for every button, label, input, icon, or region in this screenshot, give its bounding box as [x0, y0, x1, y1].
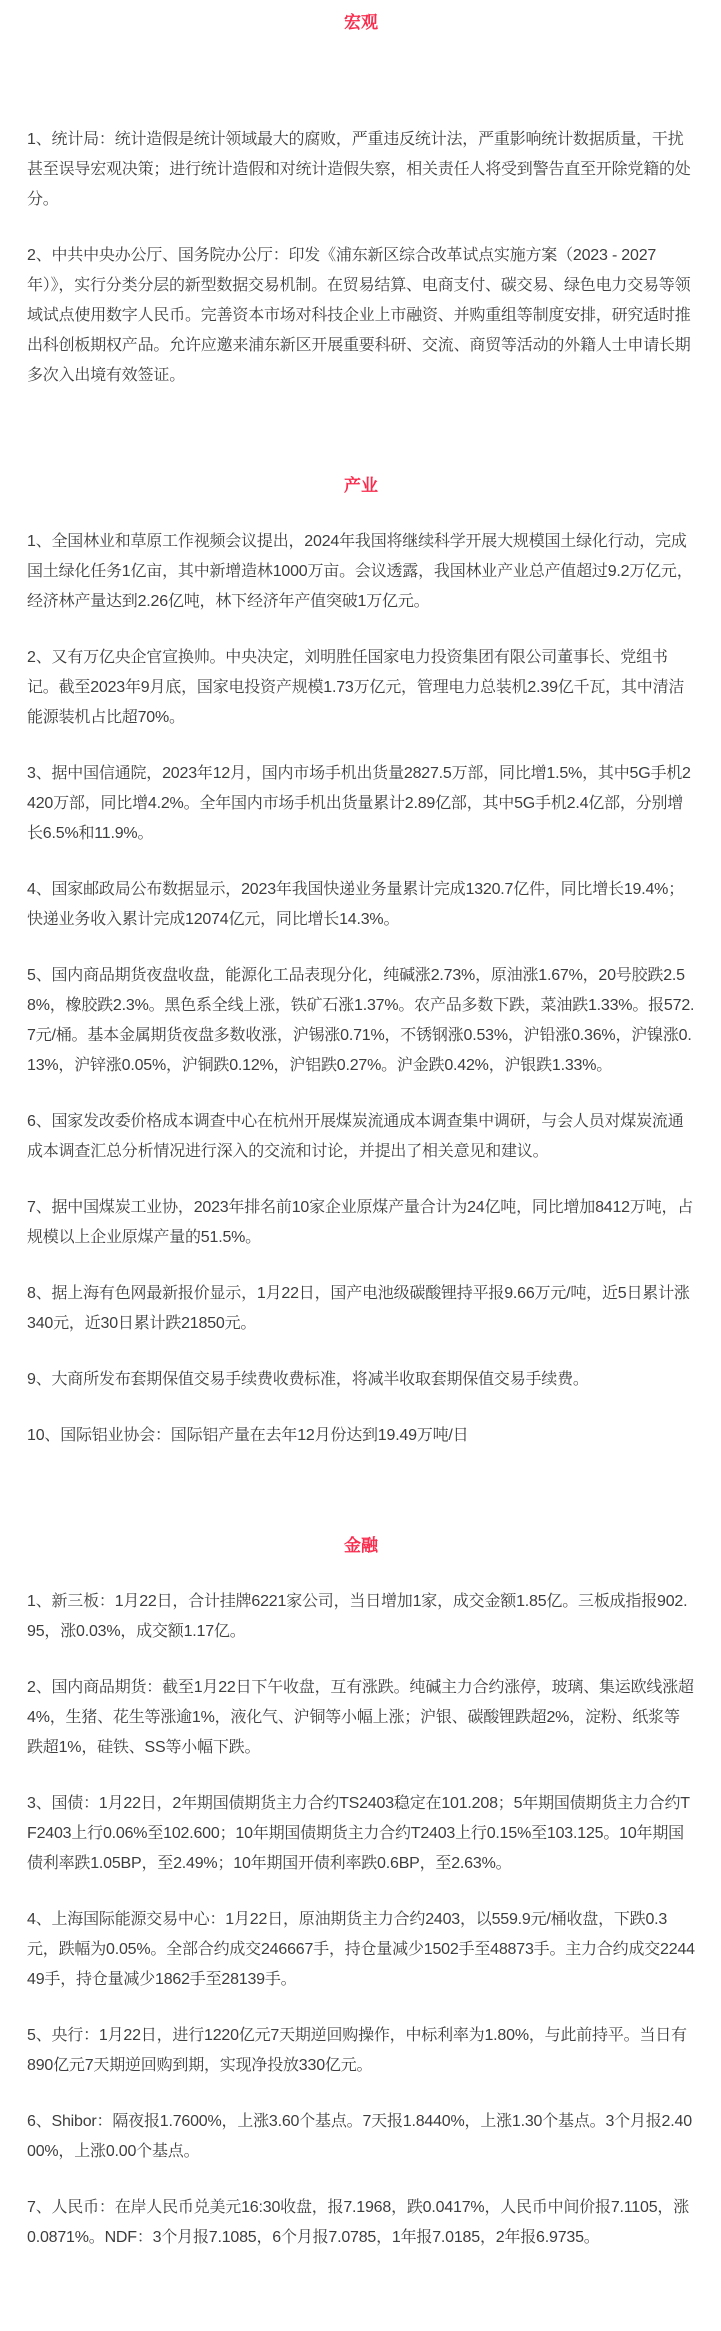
news-item: 6、国家发改委价格成本调查中心在杭州开展煤炭流通成本调查集中调研，与会人员对煤炭…	[27, 1107, 695, 1167]
news-item: 9、大商所发布套期保值交易手续费收费标准，将减半收取套期保值交易手续费。	[27, 1365, 695, 1395]
news-item: 3、据中国信通院，2023年12月，国内市场手机出货量2827.5万部，同比增1…	[27, 759, 695, 849]
news-item: 5、央行：1月22日，进行1220亿元7天期逆回购操作，中标利率为1.80%，与…	[27, 2021, 695, 2081]
news-item: 2、中共中央办公厅、国务院办公厅：印发《浦东新区综合改革试点实施方案（2023 …	[27, 241, 695, 391]
section-title-finance: 金融	[27, 1531, 695, 1561]
news-item: 10、国际铝业协会：国际铝产量在去年12月份达到19.49万吨/日	[27, 1421, 695, 1451]
news-item: 2、国内商品期货：截至1月22日下午收盘，互有涨跌。纯碱主力合约涨停，玻璃、集运…	[27, 1673, 695, 1763]
news-item: 7、据中国煤炭工业协，2023年排名前10家企业原煤产量合计为24亿吨，同比增加…	[27, 1193, 695, 1253]
news-item: 5、国内商品期货夜盘收盘，能源化工品表现分化，纯碱涨2.73%，原油涨1.67%…	[27, 961, 695, 1081]
section-industry: 产业 1、全国林业和草原工作视频会议提出，2024年我国将继续科学开展大规模国土…	[27, 471, 695, 1451]
section-title-industry: 产业	[27, 471, 695, 501]
newsletter-article: 宏观 1、统计局：统计造假是统计领域最大的腐败，严重违反统计法，严重影响统计数据…	[0, 0, 721, 2331]
news-item: 3、国债：1月22日，2年期国债期货主力合约TS2403稳定在101.208；5…	[27, 1789, 695, 1879]
news-item: 8、据上海有色网最新报价显示，1月22日，国产电池级碳酸锂持平报9.66万元/吨…	[27, 1279, 695, 1339]
news-item: 2、又有万亿央企官宣换帅。中央决定，刘明胜任国家电力投资集团有限公司董事长、党组…	[27, 643, 695, 733]
news-item: 6、Shibor：隔夜报1.7600%，上涨3.60个基点。7天报1.8440%…	[27, 2107, 695, 2167]
news-item: 1、统计局：统计造假是统计领域最大的腐败，严重违反统计法，严重影响统计数据质量，…	[27, 125, 695, 215]
news-item: 4、国家邮政局公布数据显示，2023年我国快递业务量累计完成1320.7亿件，同…	[27, 875, 695, 935]
section-macro: 宏观 1、统计局：统计造假是统计领域最大的腐败，严重违反统计法，严重影响统计数据…	[27, 8, 695, 391]
news-item: 7、人民币：在岸人民币兑美元16:30收盘，报7.1968，跌0.0417%，人…	[27, 2193, 695, 2253]
section-title-macro: 宏观	[27, 8, 695, 38]
news-item: 1、新三板：1月22日，合计挂牌6221家公司，当日增加1家，成交金额1.85亿…	[27, 1587, 695, 1647]
section-finance: 金融 1、新三板：1月22日，合计挂牌6221家公司，当日增加1家，成交金额1.…	[27, 1531, 695, 2253]
news-item: 1、全国林业和草原工作视频会议提出，2024年我国将继续科学开展大规模国土绿化行…	[27, 527, 695, 617]
news-item: 4、上海国际能源交易中心：1月22日，原油期货主力合约2403，以559.9元/…	[27, 1905, 695, 1995]
